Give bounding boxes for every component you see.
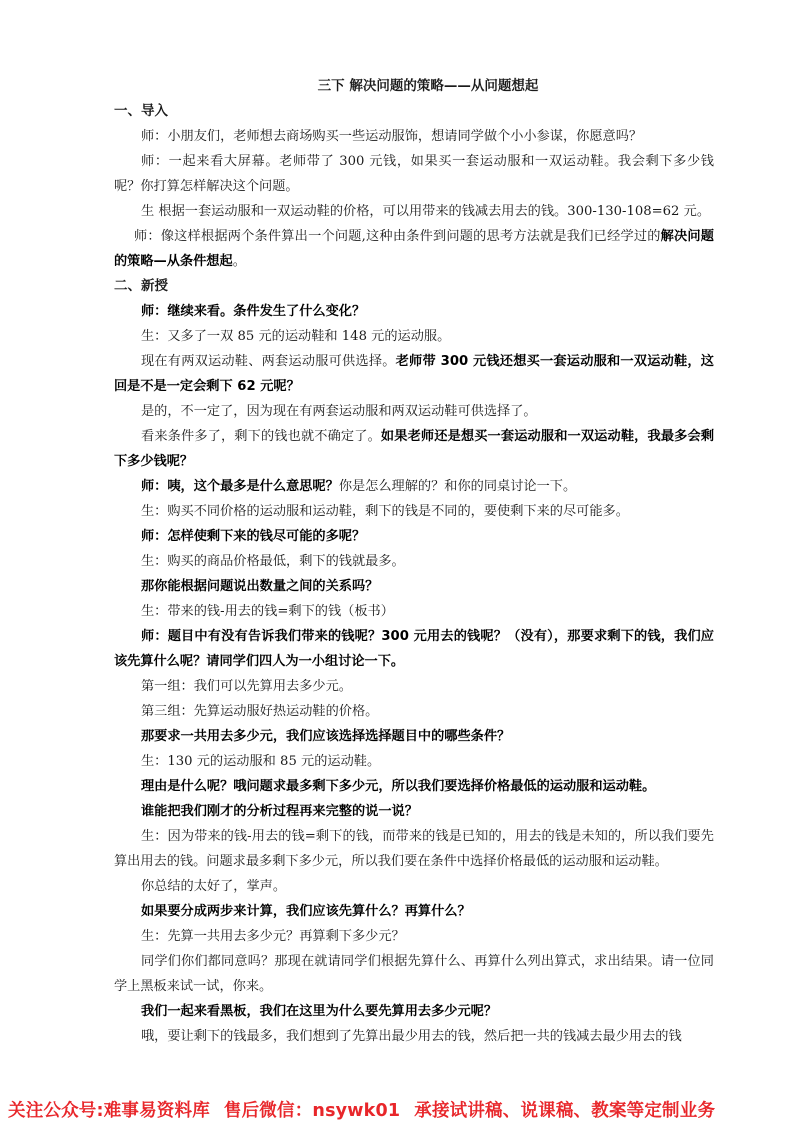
footer-watermark: 关注公众号:难事易资料库售后微信：nsywk01承接试讲稿、说课稿、教案等定制业… xyxy=(8,1097,788,1122)
paragraph: 生：又多了一双 85 元的运动鞋和 148 元的运动服。 xyxy=(114,324,714,349)
paragraph: 师：小朋友们，老师想去商场购买一些运动服饰，想请同学做个小小参谋，你愿意吗？ xyxy=(114,124,714,149)
document-title: 三下 解决问题的策略——从问题想起 xyxy=(142,74,714,99)
paragraph: 师：题目中有没有告诉我们带来的钱呢？300 元用去的钱呢？（没有），那要求剩下的… xyxy=(114,624,714,674)
paragraph: 师：怎样使剩下来的钱尽可能的多呢？ xyxy=(114,524,714,549)
paragraph: 生：因为带来的钱-用去的钱=剩下的钱，而带来的钱是已知的，用去的钱是未知的，所以… xyxy=(114,824,714,874)
section-heading-new-lesson: 二、新授 xyxy=(114,274,714,299)
paragraph: 生：购买不同价格的运动服和运动鞋，剩下的钱是不同的，要使剩下来的尽可能多。 xyxy=(114,499,714,524)
footer-services: 承接试讲稿、说课稿、教案等定制业务 xyxy=(414,1101,715,1121)
document-page: 三下 解决问题的策略——从问题想起 一、导入 师：小朋友们，老师想去商场购买一些… xyxy=(114,74,714,1049)
paragraph: 生：先算一共用去多少元？再算剩下多少元？ xyxy=(114,924,714,949)
paragraph: 师：咦，这个最多是什么意思呢？你是怎么理解的？和你的同桌讨论一下。 xyxy=(114,474,714,499)
paragraph: 生 根据一套运动服和一双运动鞋的价格，可以用带来的钱减去用去的钱。300-130… xyxy=(114,199,714,224)
paragraph: 是的，不一定了，因为现在有两套运动服和两双运动鞋可供选择了。 xyxy=(114,399,714,424)
paragraph: 生：购买的商品价格最低，剩下的钱就最多。 xyxy=(114,549,714,574)
paragraph: 同学们你们都同意吗？那现在就请同学们根据先算什么、再算什么列出算式，求出结果。请… xyxy=(114,949,714,999)
paragraph: 生：130 元的运动服和 85 元的运动鞋。 xyxy=(114,749,714,774)
paragraph: 师：继续来看。条件发生了什么变化？ xyxy=(114,299,714,324)
paragraph: 我们一起来看黑板，我们在这里为什么要先算用去多少元呢？ xyxy=(114,999,714,1024)
section-heading-intro: 一、导入 xyxy=(114,99,714,124)
paragraph: 哦，要让剩下的钱最多，我们想到了先算出最少用去的钱，然后把一共的钱减去最少用去的… xyxy=(114,1024,714,1049)
paragraph: 师：像这样根据两个条件算出一个问题,这种由条件到问题的思考方法就是我们已经学过的… xyxy=(114,224,714,274)
paragraph: 生：带来的钱-用去的钱=剩下的钱（板书） xyxy=(114,599,714,624)
paragraph: 如果要分成两步来计算，我们应该先算什么？再算什么？ xyxy=(114,899,714,924)
paragraph: 你总结的太好了，掌声。 xyxy=(114,874,714,899)
footer-account: 关注公众号:难事易资料库 xyxy=(8,1101,210,1121)
paragraph: 谁能把我们刚才的分析过程再来完整的说一说？ xyxy=(114,799,714,824)
paragraph: 第一组：我们可以先算用去多少元。 xyxy=(114,674,714,699)
paragraph: 那你能根据问题说出数量之间的关系吗？ xyxy=(114,574,714,599)
footer-wechat: 售后微信：nsywk01 xyxy=(224,1101,400,1121)
paragraph: 那要求一共用去多少元，我们应该选择选择题目中的哪些条件？ xyxy=(114,724,714,749)
paragraph: 现在有两双运动鞋、两套运动服可供选择。老师带 300 元钱还想买一套运动服和一双… xyxy=(114,349,714,399)
paragraph: 看来条件多了，剩下的钱也就不确定了。如果老师还是想买一套运动服和一双运动鞋，我最… xyxy=(114,424,714,474)
paragraph: 理由是什么呢？哦问题求最多剩下多少元，所以我们要选择价格最低的运动服和运动鞋。 xyxy=(114,774,714,799)
paragraph: 第三组：先算运动服好热运动鞋的价格。 xyxy=(114,699,714,724)
paragraph: 师：一起来看大屏幕。老师带了 300 元钱，如果买一套运动服和一双运动鞋。我会剩… xyxy=(114,149,714,199)
